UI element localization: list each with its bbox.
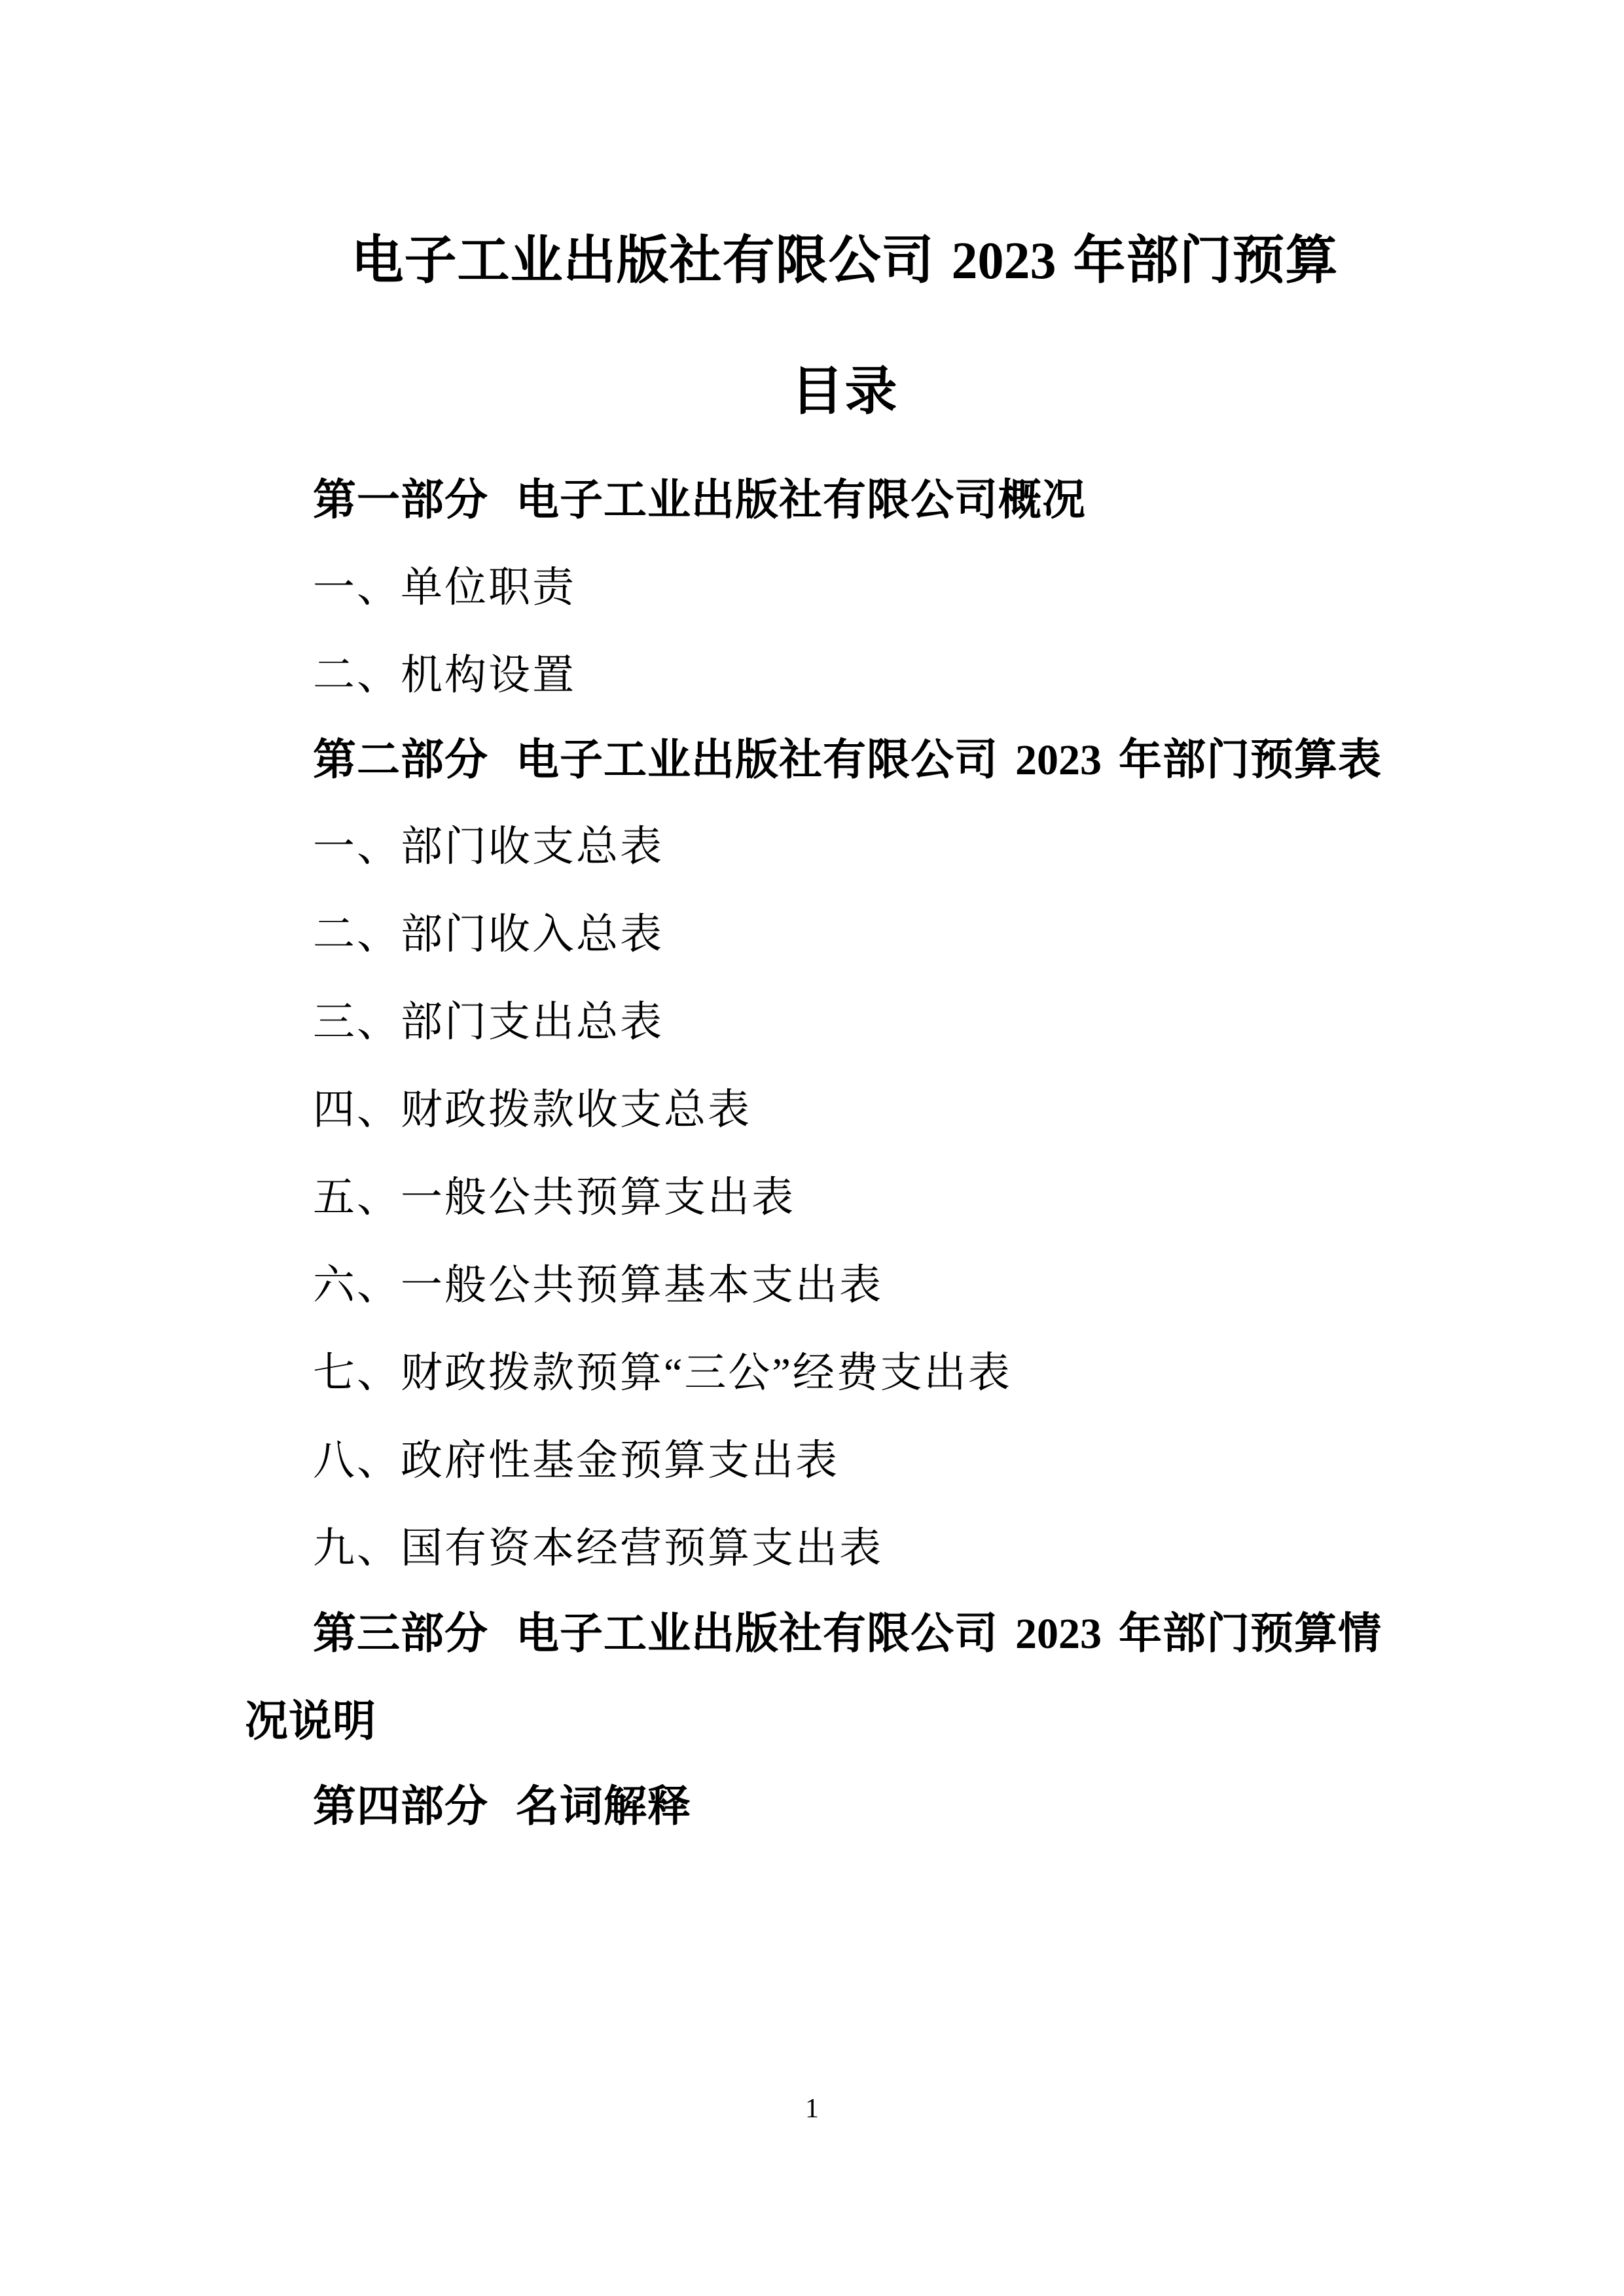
section-title-year: 2023 — [1015, 736, 1102, 784]
toc-item: 三、部门支出总表 — [313, 998, 664, 1047]
section-label: 第四部分 — [313, 1782, 488, 1830]
section-title-cjk2: 年部门预算表 — [1119, 735, 1382, 783]
section-label: 第三部分 — [313, 1609, 488, 1657]
toc-item: 五、一般公共预算支出表 — [313, 1174, 795, 1222]
toc-item: 七、财政拨款预算“三公”经费支出表 — [313, 1349, 1012, 1397]
section-title-cjk2: 年部门预算情 — [1119, 1609, 1382, 1657]
toc-item: 二、部门收入总表 — [313, 910, 664, 959]
document-title-cjk2: 年部门预算 — [1074, 231, 1339, 289]
toc-item: 八、政府性基金预算支出表 — [313, 1437, 839, 1485]
toc-section-heading-part4: 第四部分名词解释 — [313, 1782, 691, 1831]
section-title: 名词解释 — [516, 1782, 691, 1830]
page-number: 1 — [0, 2093, 1624, 2125]
toc-item: 六、一般公共预算基本支出表 — [313, 1261, 883, 1310]
toc-item: 九、国有资本经营预算支出表 — [313, 1524, 883, 1573]
toc-section-heading-part3: 第三部分电子工业出版社有限公司2023年部门预算情 — [313, 1609, 1382, 1659]
document-page: 电子工业出版社有限公司2023年部门预算 目录 第一部分电子工业出版社有限公司概… — [0, 0, 1624, 2296]
document-title-year: 2023 — [952, 232, 1056, 290]
toc-item: 一、部门收支总表 — [313, 823, 664, 871]
toc-item: 一、单位职责 — [313, 564, 576, 612]
section-title-year: 2023 — [1015, 1610, 1102, 1658]
section-title: 电子工业出版社有限公司概况 — [516, 475, 1086, 524]
section-title-cjk1: 电子工业出版社有限公司 — [516, 735, 998, 783]
section-title-cjk1: 电子工业出版社有限公司 — [516, 1609, 998, 1657]
document-title: 电子工业出版社有限公司2023年部门预算 — [33, 230, 1624, 291]
document-title-cjk1: 电子工业出版社有限公司 — [352, 231, 935, 289]
section-label: 第二部分 — [313, 735, 488, 783]
toc-item: 二、机构设置 — [313, 651, 576, 700]
toc-item: 四、财政拨款收支总表 — [313, 1086, 751, 1134]
section-label: 第一部分 — [313, 475, 488, 524]
toc-section-heading-part3-continuation: 况说明 — [245, 1696, 376, 1746]
toc-heading: 目录 — [33, 361, 1624, 422]
toc-section-heading-part2: 第二部分电子工业出版社有限公司2023年部门预算表 — [313, 735, 1382, 785]
toc-section-heading-part1: 第一部分电子工业出版社有限公司概况 — [313, 475, 1086, 525]
